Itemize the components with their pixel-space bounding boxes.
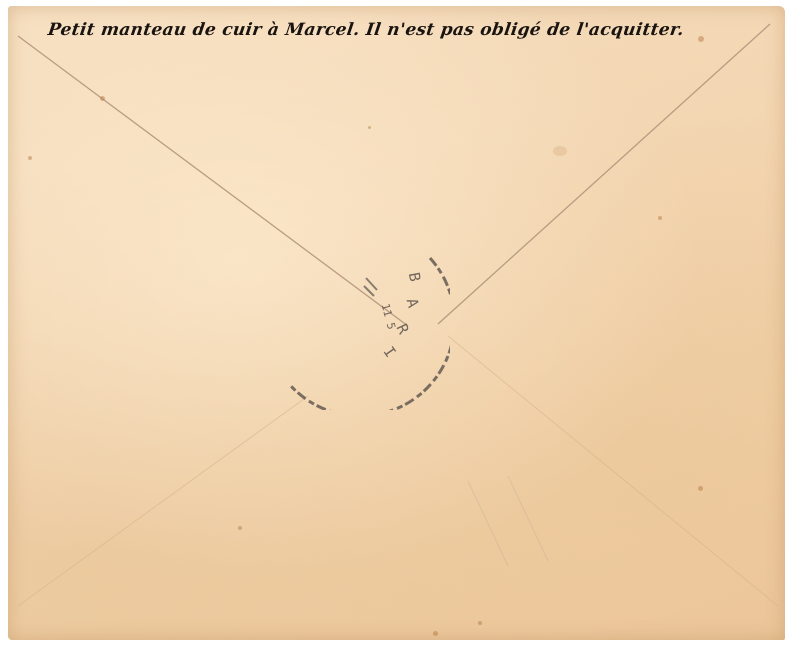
foxing-spot — [658, 216, 662, 220]
handwritten-note: Petit manteau de cuir à Marcel. Il n'est… — [47, 20, 690, 40]
foxing-spot — [368, 126, 371, 129]
foxing-spot — [100, 96, 105, 101]
foxing-spot — [698, 36, 704, 42]
postmark-ring — [280, 250, 450, 410]
foxing-spot — [553, 146, 567, 156]
foxing-spot — [478, 621, 482, 625]
foxing-spot — [698, 486, 703, 491]
foxing-spot — [433, 631, 438, 636]
foxing-spot — [238, 526, 242, 530]
foxing-spot — [28, 156, 32, 160]
postmark: B A R I 11 5 — [280, 250, 450, 410]
